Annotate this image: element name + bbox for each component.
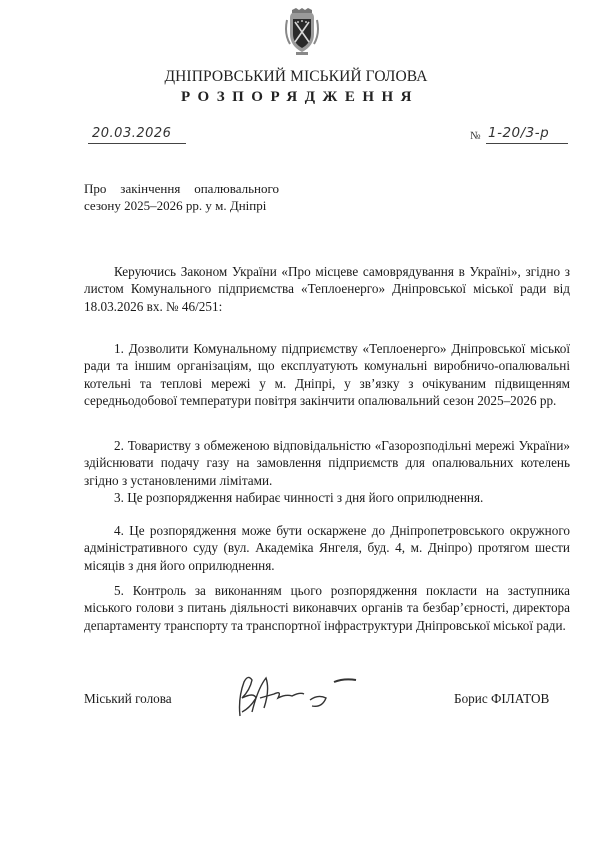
item-1-paragraph: 1. Дозволити Комунальному підприємству «… xyxy=(84,340,570,409)
subject-line-1: Про закінчення опалювального xyxy=(84,180,279,197)
handwritten-signature-icon xyxy=(230,668,370,720)
handwritten-date: 20.03.2026 xyxy=(88,126,186,146)
item-5-paragraph: 5. Контроль за виконанням цього розпоряд… xyxy=(84,582,570,634)
date-underline xyxy=(88,143,186,144)
item-4-paragraph: 4. Це розпорядження може бути оскаржене … xyxy=(84,522,570,574)
number-value: 1-20/3-р xyxy=(488,125,549,141)
coat-of-arms-icon xyxy=(284,8,320,56)
date-value: 20.03.2026 xyxy=(92,126,171,141)
number-underline xyxy=(486,143,568,144)
number-symbol: № xyxy=(470,130,481,142)
handwritten-number: № 1-20/3-р xyxy=(470,126,570,150)
item-2-paragraph: 2. Товариству з обмеженою відповідальніс… xyxy=(84,437,570,489)
signatory-position: Міський голова xyxy=(84,691,172,707)
preamble-paragraph: Керуючись Законом України «Про місцеве с… xyxy=(84,263,570,315)
document-page: ДНІПРОВСЬКИЙ МІСЬКИЙ ГОЛОВА РОЗПОРЯДЖЕНН… xyxy=(0,0,592,842)
document-type: РОЗПОРЯДЖЕННЯ xyxy=(0,89,592,106)
signatory-name: Борис ФІЛАТОВ xyxy=(454,691,549,707)
subject-line-2: сезону 2025–2026 рр. у м. Дніпрі xyxy=(84,198,266,213)
authority-title: ДНІПРОВСЬКИЙ МІСЬКИЙ ГОЛОВА xyxy=(0,68,592,86)
item-3-paragraph: 3. Це розпорядження набирає чинності з д… xyxy=(84,489,570,506)
document-subject: Про закінчення опалювального сезону 2025… xyxy=(84,180,279,214)
